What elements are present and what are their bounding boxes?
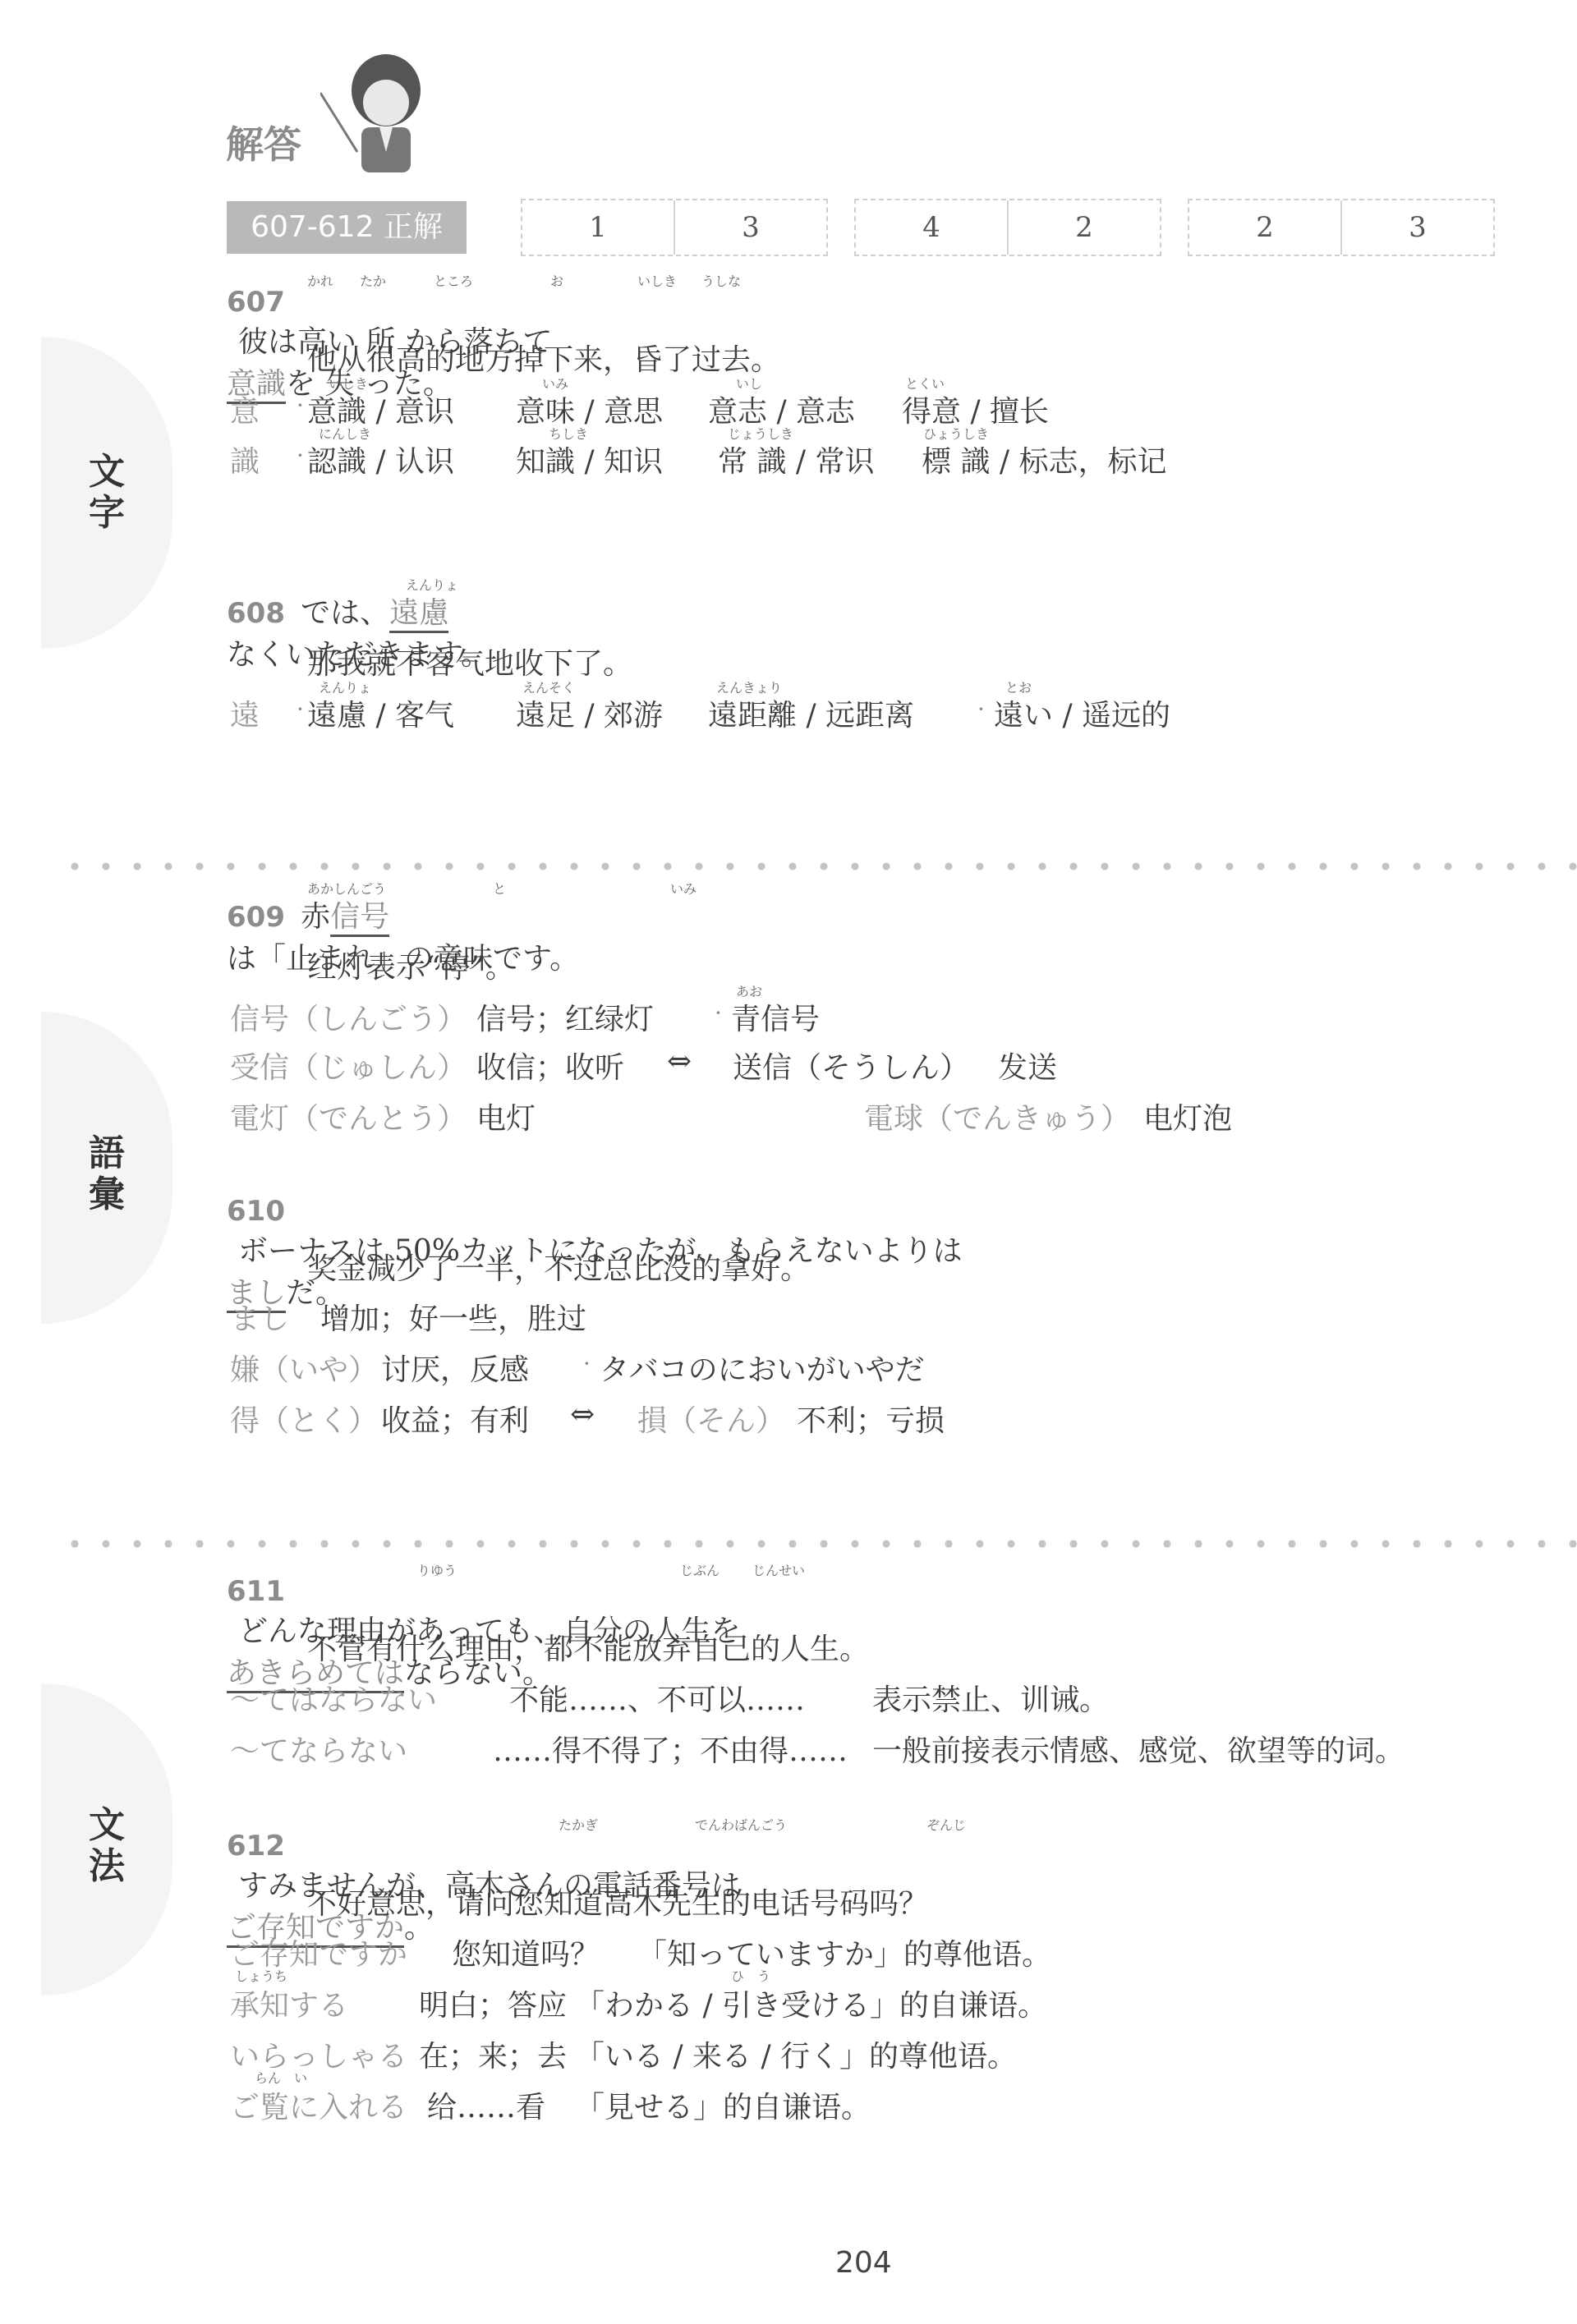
note-meaning: 给……看 (427, 2084, 545, 2126)
note-meaning: 发送 (998, 1045, 1057, 1086)
note-row: 嫌（いや） 讨厌，反感 · タバコのにおいがいやだ (230, 1347, 378, 1389)
note-meaning: 您知道吗？ (452, 1931, 600, 1973)
side-tab-char: 文 (86, 1805, 127, 1846)
bullet-icon: · (297, 696, 304, 723)
translation: 奖金减少了一半，不过总比没的拿好。 (307, 1246, 810, 1288)
section-separator (59, 1540, 1577, 1548)
question-number: 610 (227, 1195, 285, 1228)
note-meaning: 不能……、不可以…… (509, 1677, 805, 1719)
ruby: じんせい (752, 1560, 805, 1579)
note-term: 受信（じゅしん） (230, 1051, 467, 1085)
note-meaning: 在；来；去 (419, 2033, 567, 2075)
note-meaning: 收益；有利 (381, 1398, 529, 1440)
note-row: 得（とく） 收益；有利 ⇔ 損（そん） 不利；亏损 (230, 1398, 378, 1440)
translation: 红灯表示“停”。 (307, 944, 515, 986)
side-tab-char: 語 (86, 1133, 127, 1174)
question-number: 608 (227, 597, 285, 630)
question-number: 607 (227, 286, 285, 319)
note-example: タバコのにおいがいやだ (600, 1347, 925, 1389)
answer-612: 3 (1340, 200, 1493, 255)
answer-label: 607-612 正解 (227, 201, 467, 254)
sentence-pre: 赤 (301, 900, 330, 934)
note-kanji: 遠 (230, 692, 260, 734)
question-number: 611 (227, 1575, 285, 1608)
note-meaning: 信号；红绿灯 (476, 996, 654, 1038)
note-meaning: 电灯 (476, 1095, 536, 1137)
bullet-icon: · (297, 442, 304, 469)
note-term: まし (230, 1302, 289, 1336)
translation: 不管有什么理由，都不能放弃自己的人生。 (307, 1626, 869, 1668)
note-term: 電球（でんきゅう） (864, 1095, 1130, 1137)
translation: 不好意思，请问您知道高木先生的电话号码吗？ (307, 1881, 928, 1922)
question-number: 609 (227, 901, 285, 934)
side-tab-char: 彙 (86, 1174, 127, 1215)
note-term: ～てならない (230, 1734, 407, 1768)
side-tab-char: 文 (86, 452, 127, 493)
note-meaning: ……得不得了；不由得…… (493, 1728, 848, 1770)
answer-609: 4 (856, 200, 1007, 255)
note-term: ご覧に入れる (230, 2084, 407, 2126)
section-separator (59, 862, 1577, 870)
note-item: 遠慮 / 客气 (307, 692, 454, 734)
note-example: 青信号 (731, 996, 820, 1038)
note-term: 送信（そうしん） (733, 1045, 969, 1086)
antonym-arrow-icon: ⇔ (667, 1045, 692, 1078)
note-meaning: 讨厌，反感 (381, 1347, 529, 1389)
answer-608: 3 (674, 200, 826, 255)
side-tab-goi: 語 彙 (41, 1012, 172, 1324)
note-row: ～てならない ……得不得了；不由得…… 一般前接表示情感、感觉、欲望等的词。 (230, 1728, 407, 1770)
note-term: 損（そん） (637, 1398, 785, 1440)
note-kanji: 意 (230, 388, 260, 430)
answer-group-3: 2 3 (1188, 199, 1495, 256)
page-number: 204 (835, 2246, 892, 2280)
bullet-icon: · (297, 392, 304, 419)
note-item: 常 識 / 常识 (718, 439, 874, 480)
side-tab-char: 字 (86, 493, 127, 534)
answer-group-1: 1 3 (521, 199, 828, 256)
note-usage: 一般前接表示情感、感觉、欲望等的词。 (872, 1728, 1405, 1770)
note-term: 得（とく） (230, 1404, 378, 1438)
ruby: いしき (637, 271, 677, 290)
side-tab-char: 法 (86, 1846, 127, 1887)
sentence-pre: では、 (301, 596, 389, 630)
answer-group-2: 4 2 (854, 199, 1161, 256)
note-term: 承知する (230, 1982, 348, 2024)
note-meaning: 收信；收听 (476, 1045, 624, 1086)
note-usage: 「見せる」的自谦语。 (575, 2084, 871, 2126)
note-row: ～てはならない 不能……、不可以…… 表示禁止、训诫。 (230, 1677, 437, 1719)
note-usage: 「知っていますか」的尊他语。 (637, 1931, 1051, 1973)
note-row: 受信（じゅしん） 收信；收听 ⇔ 送信（そうしん） 发送 (230, 1045, 467, 1086)
translation: 他从很高的地方掉下来，昏了过去。 (307, 337, 780, 379)
bullet-icon: · (583, 1350, 591, 1377)
side-tab-moji: 文 字 (41, 337, 172, 649)
ruby: いみ (670, 879, 697, 898)
note-item: 標 識 / 标志，标记 (922, 439, 1166, 480)
answer-underline: 信号 (330, 900, 389, 934)
teacher-mascot-icon (320, 45, 435, 172)
note-term: 電灯（でんとう） (230, 1102, 467, 1136)
ruby: うしな (701, 271, 741, 290)
note-term: 嫌（いや） (230, 1353, 378, 1387)
ruby: ぞんじ (926, 1815, 966, 1834)
answer-607: 1 (522, 200, 674, 255)
answer-underline: 遠慮 (389, 596, 448, 630)
note-item: 意味 / 意思 (516, 388, 663, 430)
note-meaning: 明白；答应 (419, 1982, 567, 2024)
note-usage: 「わかる / 引き受ける」的自谦语。 (575, 1982, 1047, 2024)
note-meaning: 增加；好一些，胜过 (320, 1296, 586, 1338)
page-title: 解答 (226, 115, 301, 169)
bullet-icon: · (715, 999, 722, 1027)
note-meaning: 不利；亏损 (797, 1398, 945, 1440)
side-tab-bunpo: 文 法 (41, 1683, 172, 1996)
note-usage: 表示禁止、训诫。 (872, 1677, 1109, 1719)
note-kanji: 識 (230, 439, 260, 480)
note-item: 知識 / 知识 (516, 439, 663, 480)
note-meaning: 电灯泡 (1143, 1095, 1232, 1137)
note-row: 電灯（でんとう） 电灯 電球（でんきゅう） 电灯泡 (230, 1095, 467, 1137)
antonym-arrow-icon: ⇔ (570, 1398, 595, 1431)
bullet-icon: · (977, 696, 985, 723)
note-usage: 「いる / 来る / 行く」的尊他语。 (575, 2033, 1017, 2075)
note-row: まし 增加；好一些，胜过 (230, 1296, 289, 1338)
question-number: 612 (227, 1830, 285, 1862)
note-item: 認識 / 认识 (307, 439, 454, 480)
translation: 那我就不客气地收下了。 (307, 641, 632, 682)
note-term: 信号（しんごう） (230, 996, 467, 1038)
note-term: ～てはならない (230, 1683, 437, 1717)
answer-610: 2 (1007, 200, 1160, 255)
note-item: 遠距離 / 远距离 (708, 692, 914, 734)
answer-611: 2 (1189, 200, 1340, 255)
note-item: 遠い / 遥远的 (994, 692, 1170, 734)
note-item: 遠足 / 郊游 (516, 692, 663, 734)
